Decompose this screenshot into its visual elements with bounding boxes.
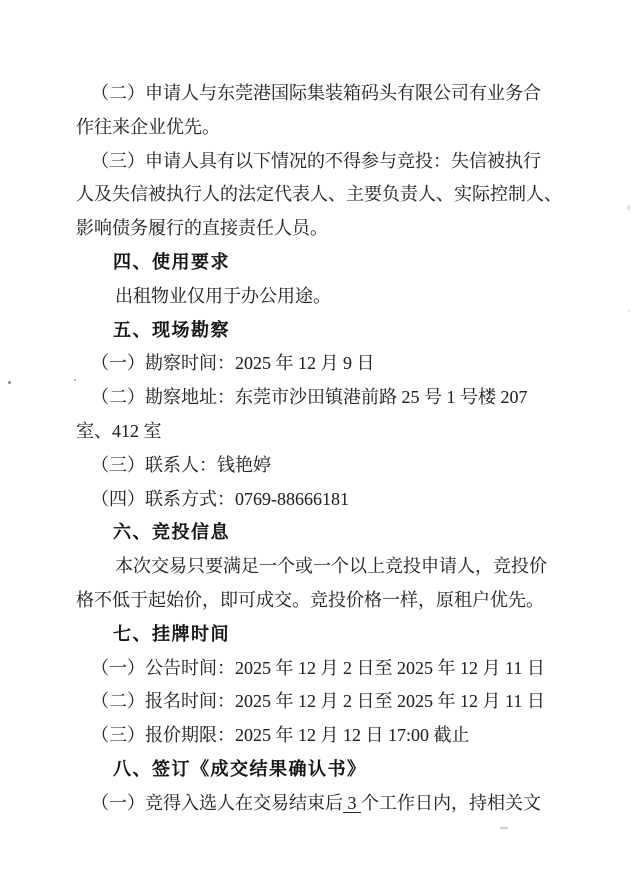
- text-line: （二）申请人与东莞港国际集装箱码头有限公司有业务合: [76, 77, 562, 111]
- section-heading: 五、现场勘察: [76, 314, 562, 348]
- underlined-text: 3: [343, 793, 361, 813]
- text-segment: 出租物业仅用于办公用途。: [115, 286, 331, 306]
- text-line: （一）公告时间：2025 年 12 月 2 日至 2025 年 12 月 11 …: [76, 652, 562, 686]
- text-segment: （四）联系方式：0769-88666181: [91, 489, 349, 509]
- text-segment: （二）报名时间：2025 年 12 月 2 日至 2025 年 12 月 11 …: [91, 691, 545, 711]
- text-line: 出租物业仅用于办公用途。: [76, 280, 562, 314]
- text-line: （三）报价期限：2025 年 12 月 12 日 17:00 截止: [76, 719, 562, 753]
- section-heading: 八、签订《成交结果确认书》: [76, 753, 562, 787]
- document-lines: （二）申请人与东莞港国际集装箱码头有限公司有业务合作往来企业优先。（三）申请人具…: [76, 77, 562, 821]
- text-segment: 作往来企业优先。: [76, 117, 220, 137]
- text-segment: （三）联系人：钱艳婷: [91, 455, 271, 475]
- text-line: 人及失信被执行人的法定代表人、主要负责人、实际控制人、: [76, 178, 562, 212]
- text-line: （三）申请人具有以下情况的不得参与竞投：失信被执行: [76, 145, 562, 179]
- scan-speck: [628, 310, 630, 312]
- document-page: （二）申请人与东莞港国际集装箱码头有限公司有业务合作往来企业优先。（三）申请人具…: [0, 0, 632, 890]
- text-segment: 影响债务履行的直接责任人员。: [76, 218, 328, 238]
- text-segment: 个工作日内，持相关文: [361, 793, 541, 813]
- section-heading: 六、竞投信息: [76, 516, 562, 550]
- text-segment: （二）申请人与东莞港国际集装箱码头有限公司有业务合: [91, 83, 541, 103]
- text-line: （四）联系方式：0769-88666181: [76, 483, 562, 517]
- scan-speck: [8, 381, 11, 384]
- text-segment: （三）报价期限：2025 年 12 月 12 日 17:00 截止: [91, 725, 470, 745]
- text-line: 本次交易只要满足一个或一个以上竞投申请人，竞投价: [76, 550, 562, 584]
- text-line: 作往来企业优先。: [76, 111, 562, 145]
- text-segment: （一）公告时间：2025 年 12 月 2 日至 2025 年 12 月 11 …: [91, 658, 545, 678]
- text-segment: 四、使用要求: [113, 252, 230, 272]
- text-line: 室、412 室: [76, 415, 562, 449]
- scan-speck: [627, 205, 630, 210]
- text-segment: （二）勘察地址：东莞市沙田镇港前路 25 号 1 号楼 207: [91, 387, 528, 407]
- text-segment: 八、签订《成交结果确认书》: [113, 759, 367, 779]
- text-line: （二）勘察地址：东莞市沙田镇港前路 25 号 1 号楼 207: [76, 381, 562, 415]
- text-line: （三）联系人：钱艳婷: [76, 449, 562, 483]
- text-segment: 七、挂牌时间: [113, 624, 230, 644]
- text-segment: （一）竞得入选人在交易结束后: [91, 793, 343, 813]
- text-segment: （一）勘察时间：2025 年 12 月 9 日: [91, 353, 375, 373]
- text-line: （一）勘察时间：2025 年 12 月 9 日: [76, 347, 562, 381]
- text-segment: （三）申请人具有以下情况的不得参与竞投：失信被执行: [91, 151, 541, 171]
- scan-speck: [74, 379, 76, 381]
- text-segment: 本次交易只要满足一个或一个以上竞投申请人，竞投价: [115, 556, 547, 576]
- text-line: （一）竞得入选人在交易结束后 3 个工作日内，持相关文: [76, 787, 562, 821]
- section-heading: 四、使用要求: [76, 246, 562, 280]
- text-segment: 室、412 室: [76, 421, 162, 441]
- text-line: （二）报名时间：2025 年 12 月 2 日至 2025 年 12 月 11 …: [76, 685, 562, 719]
- scan-speck: [500, 827, 508, 829]
- text-segment: 格不低于起始价，即可成交。竞投价格一样，原租户优先。: [76, 590, 544, 610]
- text-segment: 六、竞投信息: [113, 522, 230, 542]
- text-line: 格不低于起始价，即可成交。竞投价格一样，原租户优先。: [76, 584, 562, 618]
- text-segment: 人及失信被执行人的法定代表人、主要负责人、实际控制人、: [76, 184, 562, 204]
- text-segment: 五、现场勘察: [113, 320, 230, 340]
- text-line: 影响债务履行的直接责任人员。: [76, 212, 562, 246]
- section-heading: 七、挂牌时间: [76, 618, 562, 652]
